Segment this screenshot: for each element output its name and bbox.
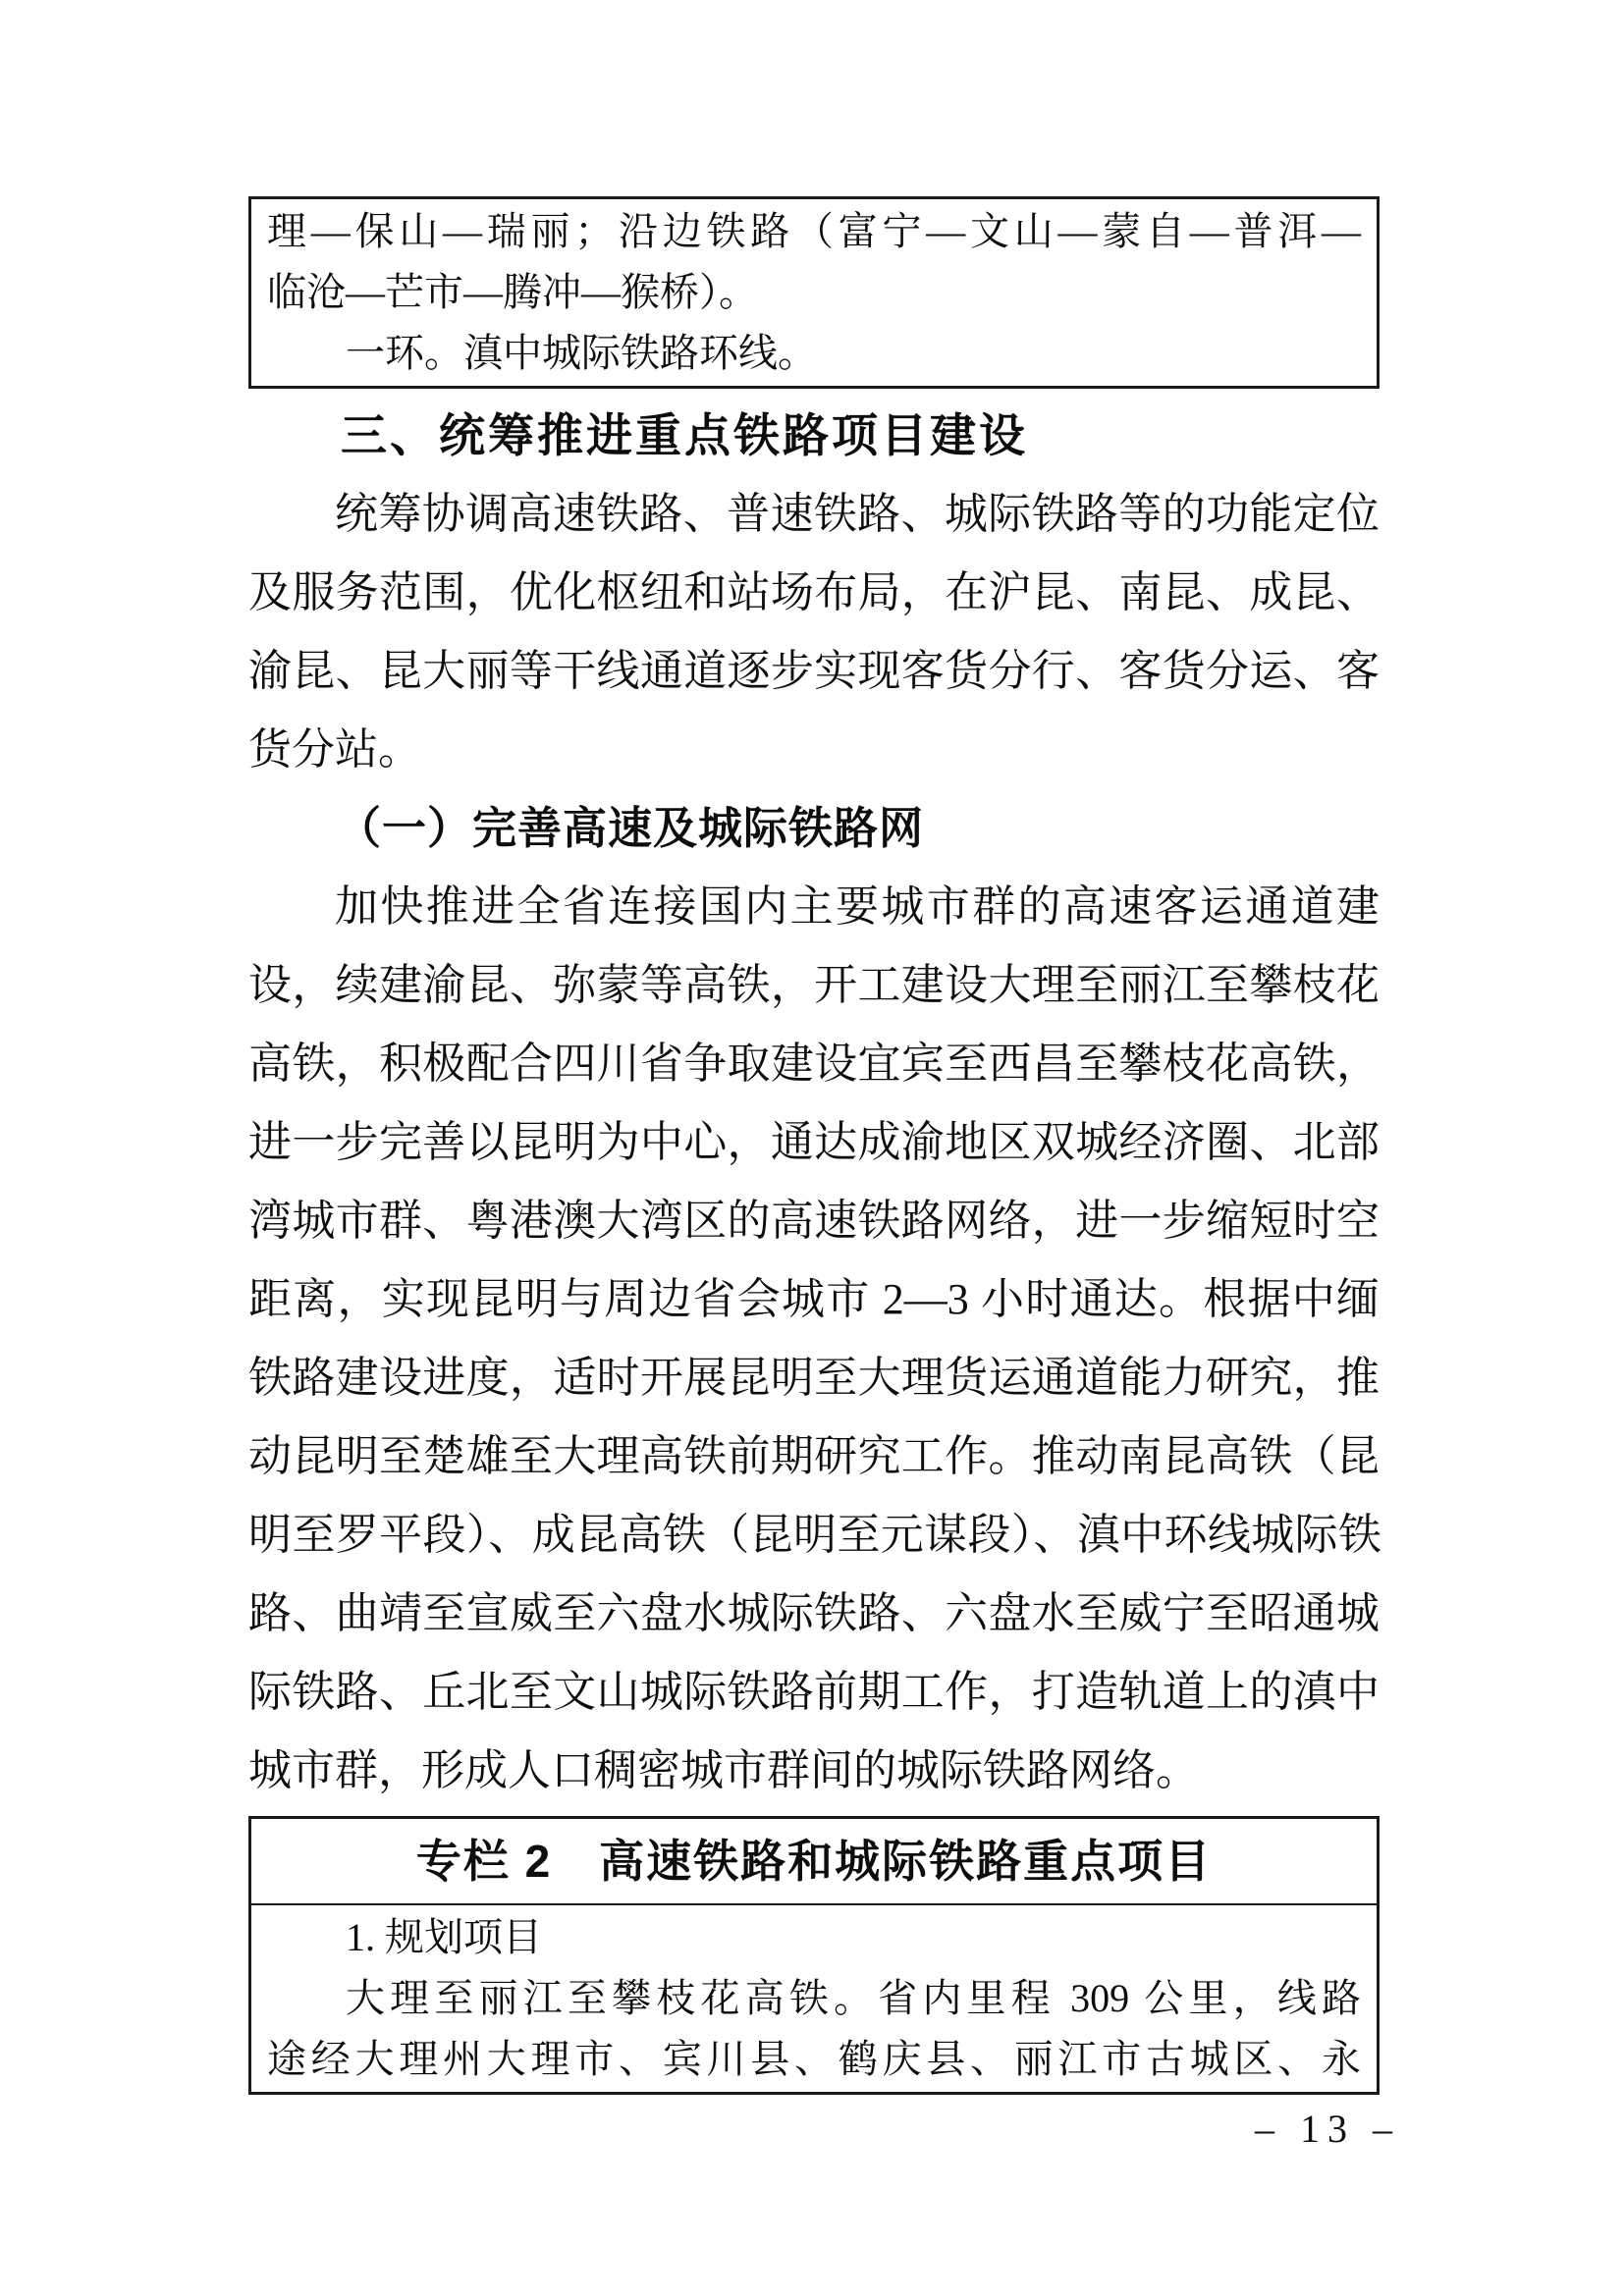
feature-box-line: 途经大理州大理市、宾川县、鹤庆县、丽江市古城区、永 xyxy=(267,2029,1361,2090)
body-line: 路、曲靖至宣威至六盘水城际铁路、六盘水至威宁至昭通城 xyxy=(248,1575,1380,1653)
page-number: – 13 – xyxy=(1255,2107,1400,2152)
body-line: 动昆明至楚雄至大理高铁前期研究工作。推动南昆高铁（昆 xyxy=(248,1417,1380,1496)
feature-box: 专栏 2 高速铁路和城际铁路重点项目 1. 规划项目 大理至丽江至攀枝花高铁。省… xyxy=(248,1816,1380,2095)
body-line: 铁路建设进度，适时开展昆明至大理货运通道能力研究，推 xyxy=(248,1339,1380,1417)
feature-box-line: 1. 规划项目 xyxy=(267,1907,1361,1968)
body-line: 统筹协调高速铁路、普速铁路、城际铁路等的功能定位 xyxy=(248,475,1380,554)
paragraph-2: 加快推进全省连接国内主要城市群的高速客运通道建 设，续建渝昆、弥蒙等高铁，开工建… xyxy=(248,868,1380,1810)
body-line: 高铁，积极配合四川省争取建设宜宾至西昌至攀枝花高铁， xyxy=(248,1025,1380,1103)
body-line: 城市群，形成人口稠密城市群间的城际铁路网络。 xyxy=(248,1732,1380,1810)
body-line: 进一步完善以昆明为中心，通达成渝地区双城经济圈、北部 xyxy=(248,1103,1380,1182)
body-line: 渝昆、昆大丽等干线通道逐步实现客货分行、客货分运、客 xyxy=(248,632,1380,711)
body-line: 际铁路、丘北至文山城际铁路前期工作，打造轨道上的滇中 xyxy=(248,1653,1380,1732)
body-line: 湾城市群、粤港澳大湾区的高速铁路网络，进一步缩短时空 xyxy=(248,1182,1380,1260)
continuation-box-line: 一环。滇中城际铁路环线。 xyxy=(267,323,1361,384)
feature-box-line: 大理至丽江至攀枝花高铁。省内里程 309 公里，线路 xyxy=(267,1968,1361,2029)
body-line: 距离，实现昆明与周边省会城市 2—3 小时通达。根据中缅 xyxy=(248,1260,1380,1339)
continuation-box-line: 理—保山—瑞丽；沿边铁路（富宁—文山—蒙自—普洱— xyxy=(267,201,1361,262)
body-line: 加快推进全省连接国内主要城市群的高速客运通道建 xyxy=(248,868,1380,946)
body-line: 设，续建渝昆、弥蒙等高铁，开工建设大理至丽江至攀枝花 xyxy=(248,946,1380,1025)
section-heading: 三、统筹推进重点铁路项目建设 xyxy=(248,397,1380,475)
paragraph-1: 统筹协调高速铁路、普速铁路、城际铁路等的功能定位 及服务范围，优化枢纽和站场布局… xyxy=(248,475,1380,789)
document-page: 理—保山—瑞丽；沿边铁路（富宁—文山—蒙自—普洱— 临沧—芒市—腾冲—猴桥）。 … xyxy=(0,0,1624,2296)
body-line: 货分站。 xyxy=(248,711,1380,789)
body-line: 明至罗平段）、成昆高铁（昆明至元谋段）、滇中环线城际铁 xyxy=(248,1496,1380,1575)
body-line: 及服务范围，优化枢纽和站场布局，在沪昆、南昆、成昆、 xyxy=(248,554,1380,632)
sub-heading: （一）完善高速及城际铁路网 xyxy=(248,789,1380,868)
continuation-box: 理—保山—瑞丽；沿边铁路（富宁—文山—蒙自—普洱— 临沧—芒市—腾冲—猴桥）。 … xyxy=(248,196,1380,389)
feature-box-title: 专栏 2 高速铁路和城际铁路重点项目 xyxy=(251,1819,1377,1905)
text-column: 理—保山—瑞丽；沿边铁路（富宁—文山—蒙自—普洱— 临沧—芒市—腾冲—猴桥）。 … xyxy=(248,196,1380,2095)
feature-box-body: 1. 规划项目 大理至丽江至攀枝花高铁。省内里程 309 公里，线路 途经大理州… xyxy=(251,1905,1377,2092)
continuation-box-line: 临沧—芒市—腾冲—猴桥）。 xyxy=(267,262,1361,323)
